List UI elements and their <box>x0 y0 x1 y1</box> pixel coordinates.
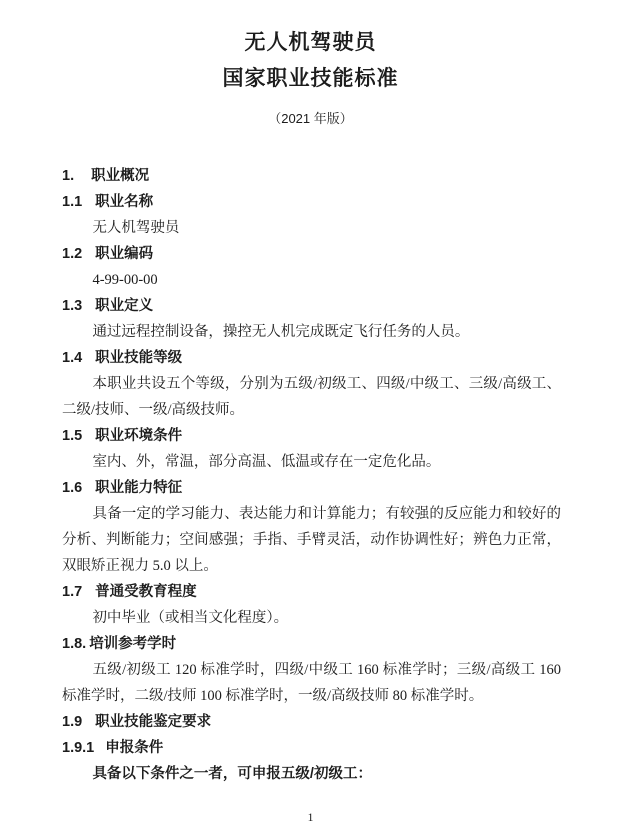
body-paragraph: 五级/初级工 120 标准学时，四级/中级工 160 标准学时；三级/高级工 1… <box>62 657 561 709</box>
section-heading-1-4: 1.4职业技能等级 <box>62 345 561 371</box>
section-heading-1-9-1: 1.9.1申报条件 <box>62 735 561 761</box>
section-number: 1.9.1 <box>62 740 94 756</box>
section-title: 职业技能鉴定要求 <box>95 714 211 730</box>
document-title-line1: 无人机驾驶员 <box>0 25 621 61</box>
document-title-line2: 国家职业技能标准 <box>0 61 621 97</box>
section-title: 职业定义 <box>95 298 153 314</box>
section-heading-1-6: 1.6职业能力特征 <box>62 475 561 501</box>
section-number: 1.4 <box>62 350 82 366</box>
section-number: 1.3 <box>62 298 82 314</box>
section-number: 1.2 <box>62 246 82 262</box>
title-block: 无人机驾驶员 国家职业技能标准 （2021 年版） <box>0 0 621 129</box>
body-paragraph: 初中毕业（或相当文化程度）。 <box>62 605 561 631</box>
section-heading-1-9: 1.9职业技能鉴定要求 <box>62 709 561 735</box>
section-title: 普通受教育程度 <box>95 584 197 600</box>
body-paragraph: 无人机驾驶员 <box>62 215 561 241</box>
section-heading-1-7: 1.7普通受教育程度 <box>62 579 561 605</box>
document-edition: （2021 年版） <box>0 109 621 129</box>
section-number: 1.5 <box>62 428 82 444</box>
body-paragraph: 具备一定的学习能力、表达能力和计算能力；有较强的反应能力和较好的分析、判断能力；… <box>62 501 561 579</box>
section-number: 1.9 <box>62 714 82 730</box>
section-title: 申报条件 <box>105 740 163 756</box>
section-number: 1.6 <box>62 480 82 496</box>
section-heading-1-2: 1.2职业编码 <box>62 241 561 267</box>
page-number: 1 <box>0 810 621 825</box>
section-title: 职业能力特征 <box>95 480 182 496</box>
section-heading-1-8: 1.8.培训参考学时 <box>62 631 561 657</box>
section-heading-1-1: 1.1职业名称 <box>62 189 561 215</box>
section-title: 职业概况 <box>91 168 149 184</box>
body-paragraph: 4-99-00-00 <box>62 267 561 293</box>
body-paragraph: 本职业共设五个等级，分别为五级/初级工、四级/中级工、三级/高级工、二级/技师、… <box>62 371 561 423</box>
section-title: 职业编码 <box>95 246 153 262</box>
section-heading-1-5: 1.5职业环境条件 <box>62 423 561 449</box>
section-title: 职业环境条件 <box>95 428 182 444</box>
document-body: 1.职业概况 1.1职业名称 无人机驾驶员 1.2职业编码 4-99-00-00… <box>0 129 621 787</box>
body-paragraph: 室内、外，常温，部分高温、低温或存在一定危化品。 <box>62 449 561 475</box>
section-number: 1.7 <box>62 584 82 600</box>
body-paragraph-bold: 具备以下条件之一者，可申报五级/初级工： <box>62 761 561 787</box>
section-number: 1.1 <box>62 194 82 210</box>
document-page: 无人机驾驶员 国家职业技能标准 （2021 年版） 1.职业概况 1.1职业名称… <box>0 0 621 839</box>
section-title: 职业名称 <box>95 194 153 210</box>
section-number: 1. <box>62 168 74 184</box>
section-heading-1-3: 1.3职业定义 <box>62 293 561 319</box>
section-title: 职业技能等级 <box>95 350 182 366</box>
body-paragraph: 通过远程控制设备，操控无人机完成既定飞行任务的人员。 <box>62 319 561 345</box>
section-number: 1.8. <box>62 636 86 652</box>
section-title: 培训参考学时 <box>89 636 176 652</box>
section-heading-1: 1.职业概况 <box>62 163 561 189</box>
